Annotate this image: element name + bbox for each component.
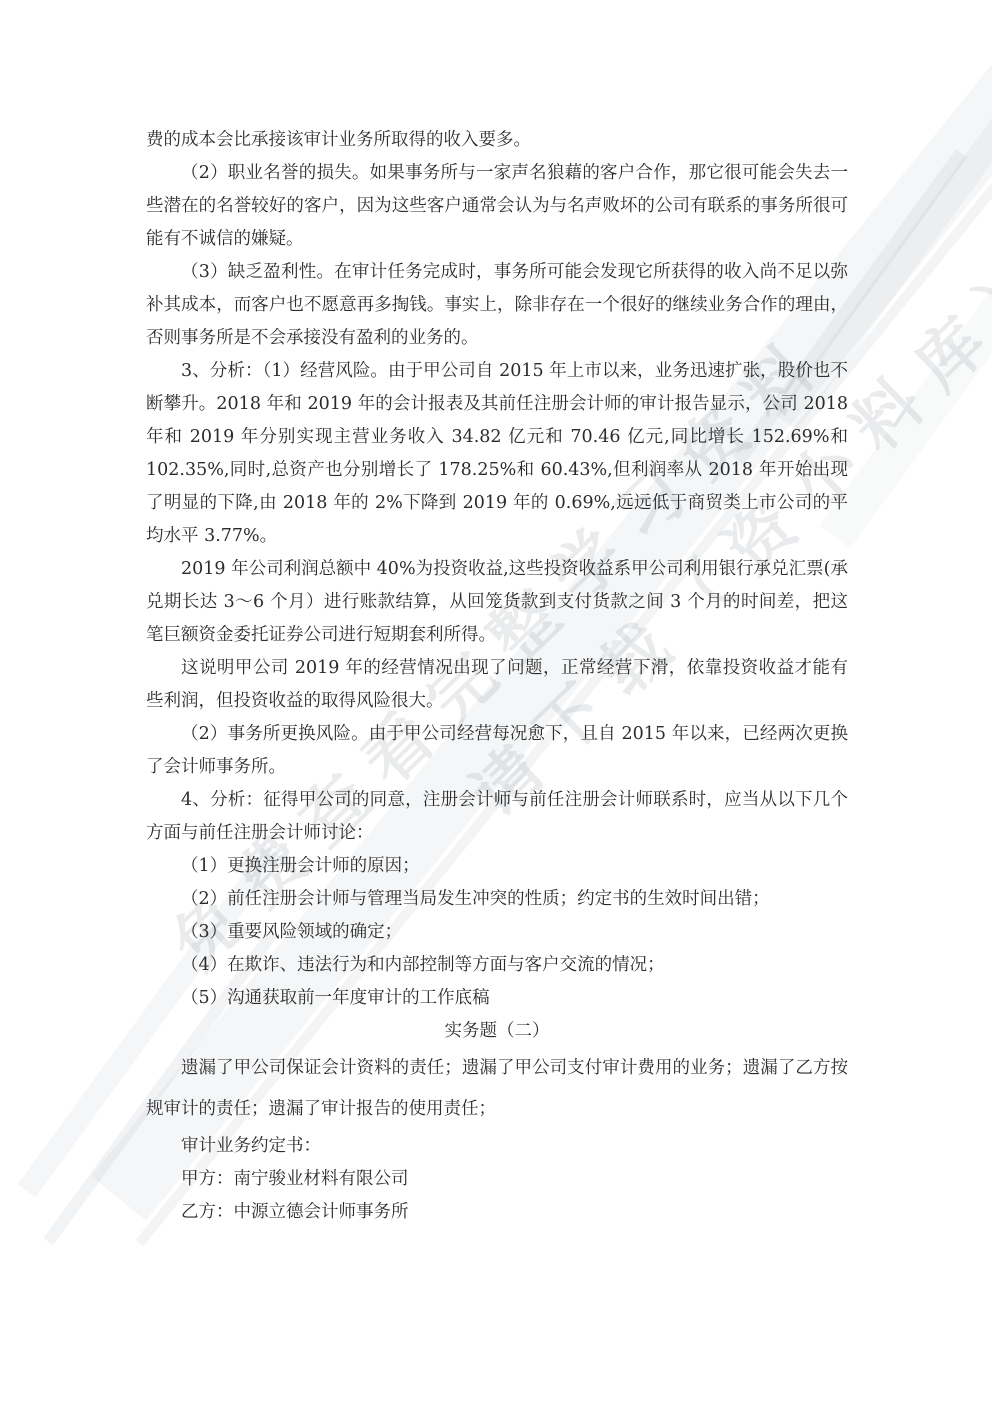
- paragraph: 2019 年公司利润总额中 40%为投资收益,这些投资收益系甲公司利用银行承兑汇…: [146, 553, 848, 652]
- paragraph-analysis-4: 4、分析：征得甲公司的同意，注册会计师与前任注册会计师联系时，应当从以下几个方面…: [146, 784, 848, 850]
- paragraph-engagement-letter-title: 审计业务约定书：: [146, 1130, 848, 1163]
- list-item: （2）前任注册会计师与管理当局发生冲突的性质；约定书的生效时间出错；: [146, 883, 848, 916]
- paragraph-analysis-3: 3、分析：（1）经营风险。由于甲公司自 2015 年上市以来，业务迅速扩张，股价…: [146, 355, 848, 553]
- list-item: （3）重要风险领域的确定；: [146, 916, 848, 949]
- paragraph-party-a: 甲方：南宁骏业材料有限公司: [146, 1163, 848, 1196]
- document-content: 费的成本会比承接该审计业务所取得的收入要多。 （2）职业名誉的损失。如果事务所与…: [146, 124, 848, 1229]
- paragraph: （2）事务所更换风险。由于甲公司经营每况愈下，且自 2015 年以来，已经两次更…: [146, 718, 848, 784]
- paragraph: 这说明甲公司 2019 年的经营情况出现了问题，正常经营下滑，依靠投资收益才能有…: [146, 652, 848, 718]
- paragraph-party-b: 乙方：中源立德会计师事务所: [146, 1196, 848, 1229]
- paragraph: （3）缺乏盈利性。在审计任务完成时，事务所可能会发现它所获得的收入尚不足以弥补其…: [146, 256, 848, 355]
- list-item: （1）更换注册会计师的原因；: [146, 850, 848, 883]
- paragraph: 遗漏了甲公司保证会计资料的责任；遗漏了甲公司支付审计费用的业务；遗漏了乙方按规审…: [146, 1048, 848, 1130]
- section-heading: 实务题（二）: [146, 1015, 848, 1048]
- list-item: （4）在欺诈、违法行为和内部控制等方面与客户交流的情况；: [146, 949, 848, 982]
- document-page: 免费查看完整学习资料 请下载（资小料库） 费的成本会比承接该审计业务所取得的收入…: [0, 0, 992, 1403]
- paragraph: （2）职业名誉的损失。如果事务所与一家声名狼藉的客户合作，那它很可能会失去一些潜…: [146, 157, 848, 256]
- list-item: （5）沟通获取前一年度审计的工作底稿: [146, 982, 848, 1015]
- paragraph-continuation: 费的成本会比承接该审计业务所取得的收入要多。: [146, 124, 848, 157]
